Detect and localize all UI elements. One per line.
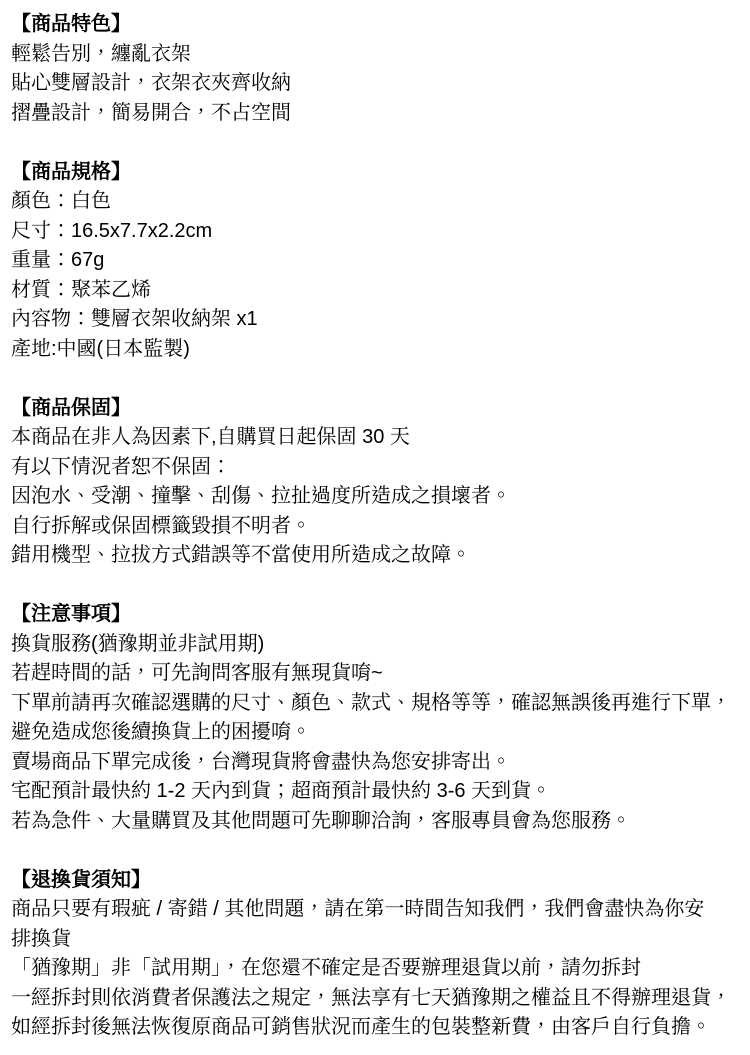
section-product-warranty: 【商品保固】 本商品在非人為因素下,自購買日起保固 30 天 有以下情況者恕不保… <box>11 394 737 571</box>
spec-color: 顏色：白色 <box>11 187 737 217</box>
section-product-features: 【商品特色】 輕鬆告別，纏亂衣架 貼心雙層設計，衣架衣夾齊收納 摺疊設計，簡易開… <box>11 10 737 128</box>
text-line: 摺疊設計，簡易開合，不占空間 <box>11 99 737 129</box>
text-line: 一經拆封則依消費者保護法之規定，無法享有七天猶豫期之權益且不得辦理退貨， <box>11 984 737 1014</box>
text-line: 輕鬆告別，纏亂衣架 <box>11 40 737 70</box>
text-line: 自行拆解或保固標籤毀損不明者。 <box>11 512 737 542</box>
text-line: 貼心雙層設計，衣架衣夾齊收納 <box>11 69 737 99</box>
section-heading-notes: 【注意事項】 <box>11 600 737 630</box>
text-line: 下單前請再次確認選購的尺寸、顏色、款式、規格等等，確認無誤後再進行下單， <box>11 689 737 719</box>
section-heading-return-policy: 【退換貨須知】 <box>11 866 737 896</box>
text-line: 避免造成您後續換貨上的困擾唷。 <box>11 718 737 748</box>
product-description-page: { "page": { "background_color": "#ffffff… <box>0 0 750 1055</box>
text-line: 因泡水、受潮、撞擊、刮傷、拉扯過度所造成之損壞者。 <box>11 482 737 512</box>
spec-size: 尺寸：16.5x7.7x2.2cm <box>11 217 737 247</box>
text-line: 有以下情況者恕不保固： <box>11 453 737 483</box>
text-line: 排換貨 <box>11 925 737 955</box>
section-heading-features: 【商品特色】 <box>11 10 737 40</box>
spec-material: 材質：聚苯乙烯 <box>11 276 737 306</box>
section-notes: 【注意事項】 換貨服務(猶豫期並非試用期) 若趕時間的話，可先詢問客服有無現貨唷… <box>11 600 737 836</box>
spec-origin: 產地:中國(日本監製) <box>11 335 737 365</box>
text-line: 如經拆封後無法恢復原商品可銷售狀況而產生的包裝整新費，由客戶自行負擔。 <box>11 1013 737 1043</box>
section-product-specs: 【商品規格】 顏色：白色 尺寸：16.5x7.7x2.2cm 重量：67g 材質… <box>11 158 737 365</box>
text-line: 錯用機型、拉拔方式錯誤等不當使用所造成之故障。 <box>11 541 737 571</box>
text-line: 若為急件、大量購買及其他問題可先聊聊洽詢，客服專員會為您服務。 <box>11 807 737 837</box>
text-line: 若趕時間的話，可先詢問客服有無現貨唷~ <box>11 659 737 689</box>
spec-contents: 內容物：雙層衣架收納架 x1 <box>11 305 737 335</box>
text-line: 「猶豫期」非「試用期」，在您還不確定是否要辦理退貨以前，請勿拆封 <box>11 954 737 984</box>
text-line: 本商品在非人為因素下,自購買日起保固 30 天 <box>11 423 737 453</box>
section-return-policy: 【退換貨須知】 商品只要有瑕疵 / 寄錯 / 其他問題，請在第一時間告知我們，我… <box>11 866 737 1043</box>
text-line: 賣場商品下單完成後，台灣現貨將會盡快為您安排寄出。 <box>11 748 737 778</box>
spec-weight: 重量：67g <box>11 246 737 276</box>
text-line: 換貨服務(猶豫期並非試用期) <box>11 630 737 660</box>
section-heading-warranty: 【商品保固】 <box>11 394 737 424</box>
text-line: 商品只要有瑕疵 / 寄錯 / 其他問題，請在第一時間告知我們，我們會盡快為你安 <box>11 895 737 925</box>
text-line: 宅配預計最快約 1-2 天內到貨；超商預計最快約 3-6 天到貨。 <box>11 777 737 807</box>
section-heading-specs: 【商品規格】 <box>11 158 737 188</box>
